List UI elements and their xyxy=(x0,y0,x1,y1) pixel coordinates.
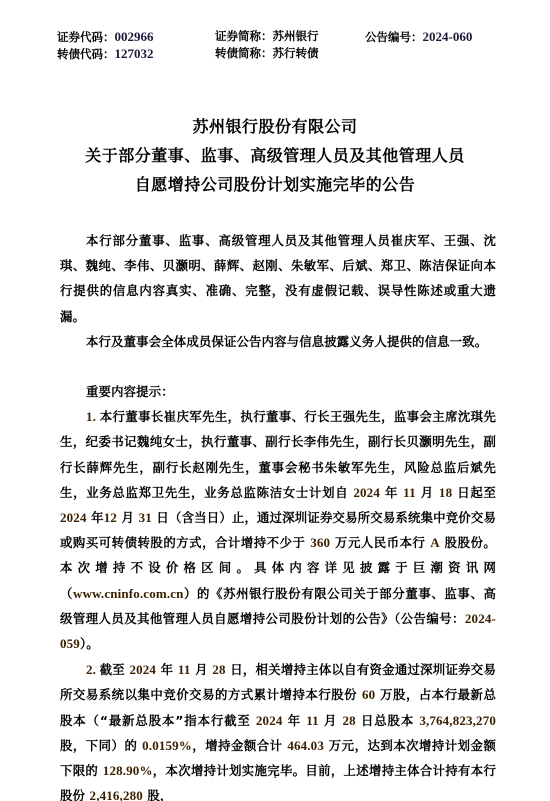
stock-code-label: 证券代码： xyxy=(57,30,115,44)
text-fragment: 股， xyxy=(143,788,173,801)
bond-code: 转债代码：127032 xyxy=(57,45,154,63)
end-year: 2024 xyxy=(60,510,87,525)
text-fragment: 股，下同）的 xyxy=(60,738,142,753)
end-month: 12 xyxy=(104,510,117,525)
text-fragment: 月 xyxy=(416,485,439,500)
stock-name: 证券简称：苏州银行 xyxy=(215,28,319,45)
highlights-heading: 重要内容提示： xyxy=(60,379,496,404)
announcement-number: 公告编号：2024-060 xyxy=(365,28,472,46)
plan-amount: 360 xyxy=(310,535,330,550)
page-number: 1 xyxy=(0,770,550,780)
title-company: 苏州银行股份有限公司 xyxy=(0,112,550,141)
bond-code-label: 转债代码： xyxy=(57,47,115,61)
start-month: 11 xyxy=(403,485,416,500)
shares-added: 60 xyxy=(362,687,375,702)
text-fragment: 日总股本 xyxy=(356,713,420,728)
total-shares-year: 2024 xyxy=(256,713,283,728)
bond-code-value: 127032 xyxy=(115,46,154,61)
text-fragment: 月 xyxy=(191,662,213,677)
total-shares-month: 11 xyxy=(306,713,319,728)
website-link[interactable]: www.cninfo.com.cn xyxy=(73,586,184,601)
announcement-number-value: 2024-060 xyxy=(423,29,473,44)
text-fragment: 月 xyxy=(319,713,343,728)
as-of-month: 11 xyxy=(178,662,191,677)
held-shares: 2,416,280 xyxy=(90,788,143,801)
item-1-number: 1. xyxy=(86,409,100,424)
stock-code: 证券代码：002966 xyxy=(57,28,154,46)
text-fragment: 年 xyxy=(156,662,178,677)
end-day: 31 xyxy=(139,510,152,525)
title-line-2: 关于部分董事、监事、高级管理人员及其他管理人员 xyxy=(0,141,550,170)
text-fragment: 年 xyxy=(380,485,403,500)
text-fragment: 年 xyxy=(87,510,104,525)
total-shares-day: 28 xyxy=(342,713,355,728)
bond-name-label: 转债简称： xyxy=(215,46,273,60)
announcement-body: 本行部分董事、监事、高级管理人员及其他管理人员崔庆军、王强、沈琪、魏纯、李伟、贝… xyxy=(60,228,496,801)
text-fragment: 年 xyxy=(283,713,307,728)
start-year: 2024 xyxy=(353,485,380,500)
text-fragment: 日起至 xyxy=(452,485,496,500)
item-2-number: 2. xyxy=(86,662,100,677)
text-fragment: ）。 xyxy=(80,636,99,651)
announcement-number-label: 公告编号： xyxy=(365,30,423,44)
stock-code-value: 002966 xyxy=(115,29,154,44)
accuracy-statement: 本行部分董事、监事、高级管理人员及其他管理人员崔庆军、王强、沈琪、魏纯、李伟、贝… xyxy=(60,228,496,329)
increase-amount: 464.03 xyxy=(287,738,324,753)
as-of-year: 2024 xyxy=(129,662,156,677)
text-fragment: ，增持金额合计 xyxy=(192,738,287,753)
text-fragment: 月 xyxy=(117,510,139,525)
share-class: A xyxy=(430,535,440,550)
total-shares: 3,764,823,270 xyxy=(419,713,496,728)
title-line-3: 自愿增持公司股份计划实施完毕的公告 xyxy=(0,170,550,199)
text-fragment: 万元人民币本行 xyxy=(330,535,430,550)
as-of-day: 28 xyxy=(212,662,225,677)
highlight-item-1: 1. 本行董事长崔庆军先生，执行董事、行长王强先生，监事会主席沈琪先生，纪委书记… xyxy=(60,404,496,656)
stock-name-value: 苏州银行 xyxy=(273,29,319,43)
increase-percentage: 0.0159% xyxy=(142,738,192,753)
text-fragment: 截至 xyxy=(100,662,130,677)
start-day: 18 xyxy=(439,485,452,500)
board-statement: 本行及董事会全体成员保证公告内容与信息披露义务人提供的信息一致。 xyxy=(60,329,496,354)
stock-name-label: 证券简称： xyxy=(215,29,273,43)
bond-name-value: 苏行转债 xyxy=(273,46,319,60)
bond-name: 转债简称：苏行转债 xyxy=(215,45,319,62)
